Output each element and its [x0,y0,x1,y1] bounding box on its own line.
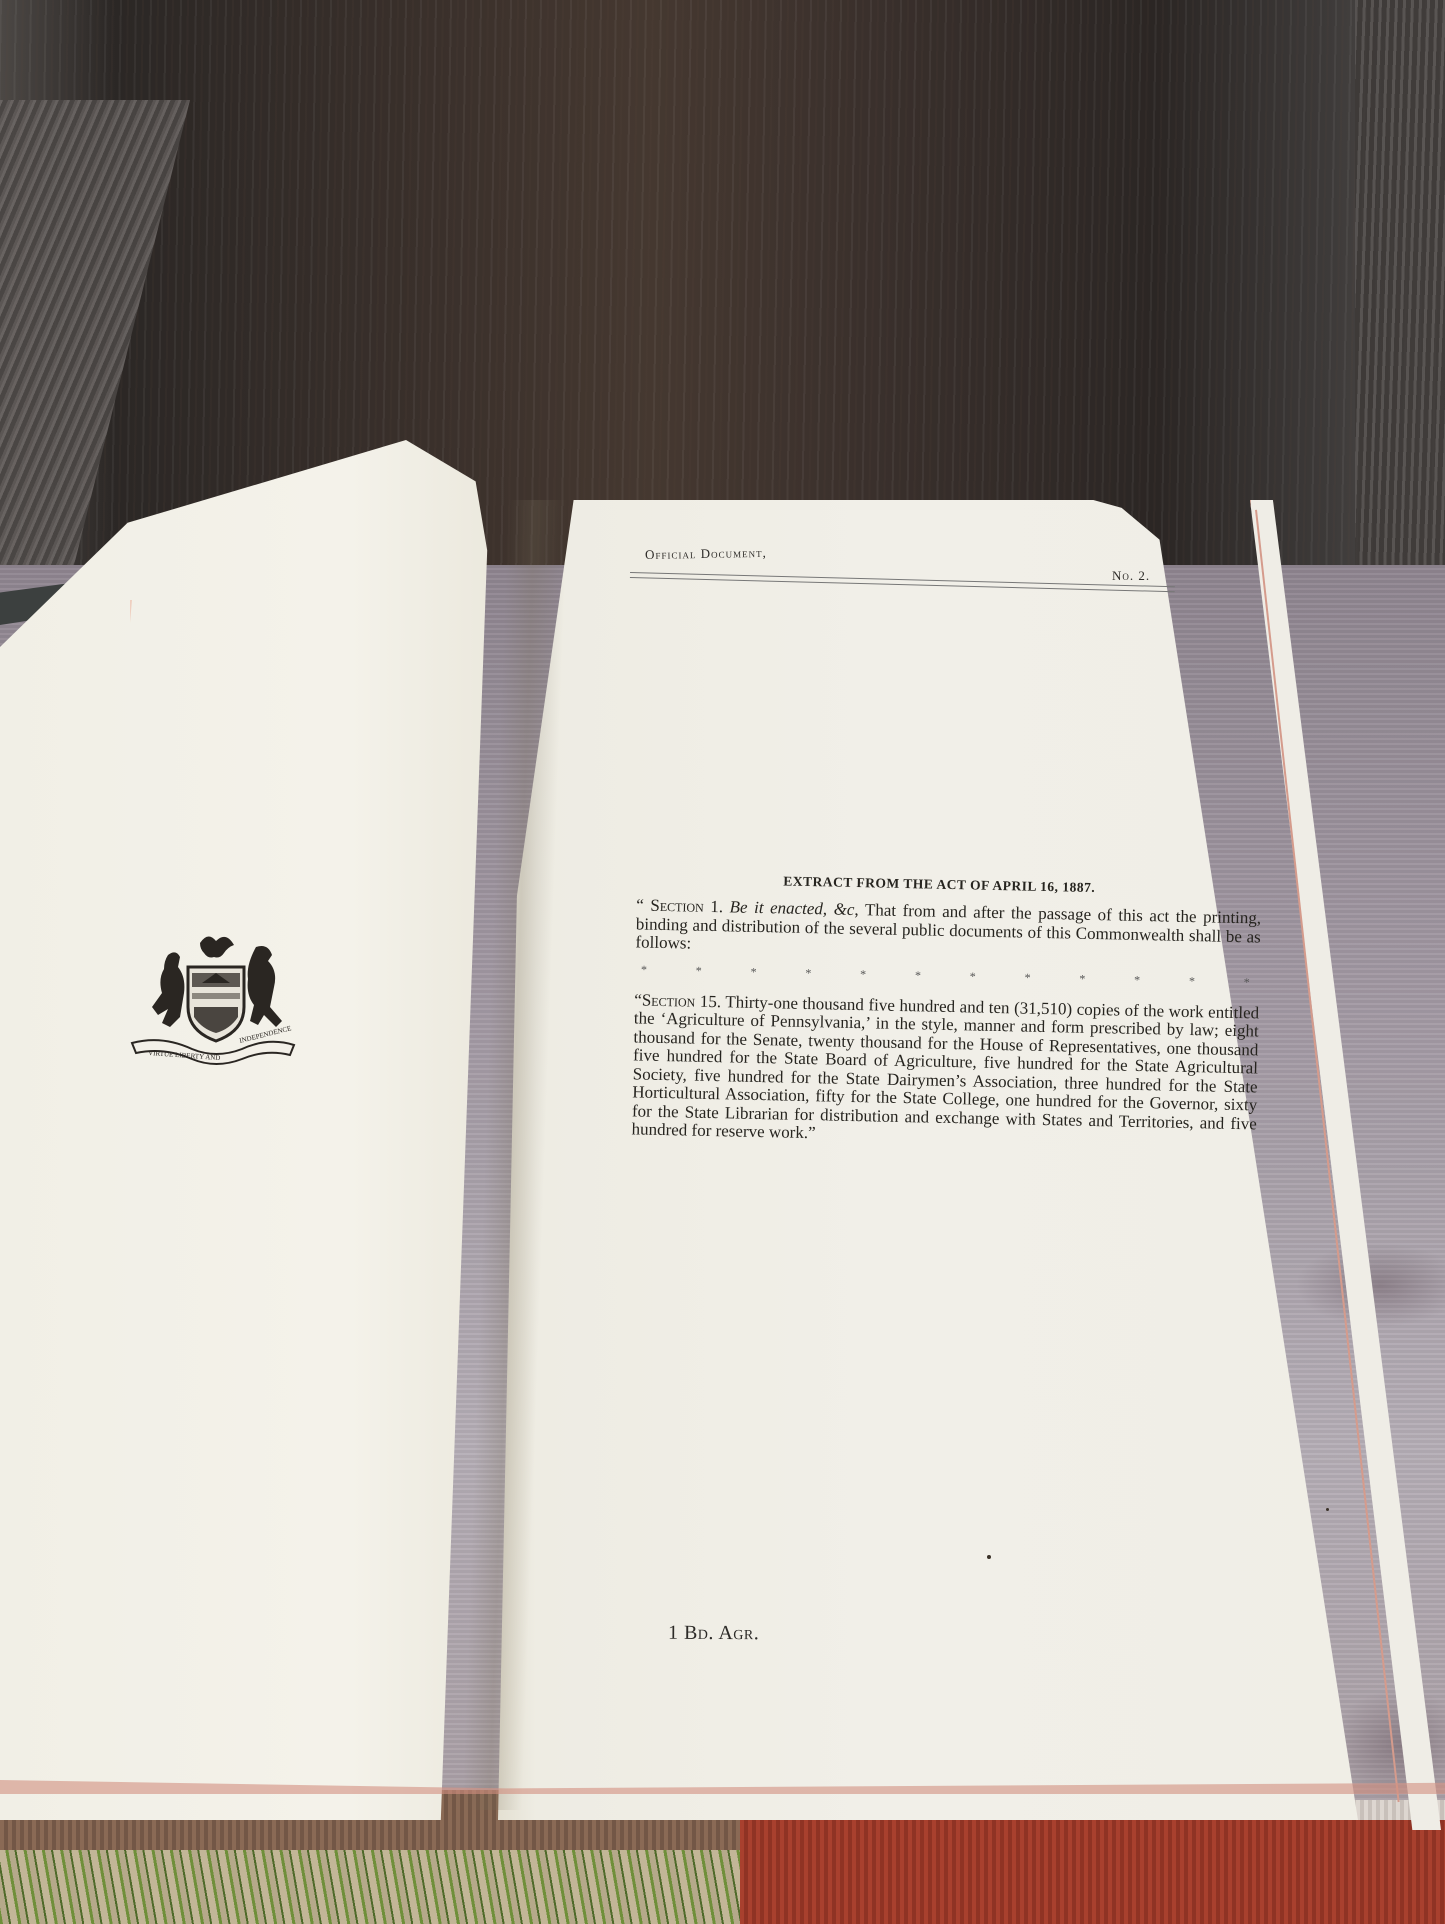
asterisk: * [1024,970,1030,985]
asterisk: * [1244,975,1250,990]
section-1-label: Section 1. [650,896,723,917]
asterisk: * [805,965,811,980]
asterisk: * [696,963,702,978]
tablecloth-red-band [740,1820,1445,1924]
section-1-quote: “ [636,895,644,914]
asterisk: * [750,964,756,979]
act-extract: EXTRACT FROM THE ACT OF APRIL 16, 1887. … [611,870,1261,1152]
running-head: Official Document, [645,545,767,563]
asterisk: * [915,968,921,983]
section-15-paragraph: “Section 15. Thirty-one thousand five hu… [611,990,1259,1151]
section-15-text: Thirty-one thousand five hundred and ten… [631,992,1259,1143]
asterisk: * [641,962,647,977]
svg-text:VIRTUE LIBERTY AND: VIRTUE LIBERTY AND [148,1049,221,1062]
asterisk: * [1134,972,1140,987]
signature-mark: 1 Bd. Agr. [668,1622,759,1645]
asterisk: * [860,967,866,982]
pennsylvania-coat-of-arms-icon: VIRTUE LIBERTY AND INDEPENDENCE [128,925,298,1075]
paper-speck [1326,1508,1329,1511]
document-number: No. 2. [1112,568,1150,584]
asterisk: * [970,969,976,984]
grass-ground [0,1840,760,1924]
paper-speck [987,1555,991,1559]
asterisk: * [1189,974,1195,989]
asterisk: * [1079,971,1085,986]
wood-plank-right [1355,0,1445,580]
section-15-label: Section 15. [642,990,722,1011]
